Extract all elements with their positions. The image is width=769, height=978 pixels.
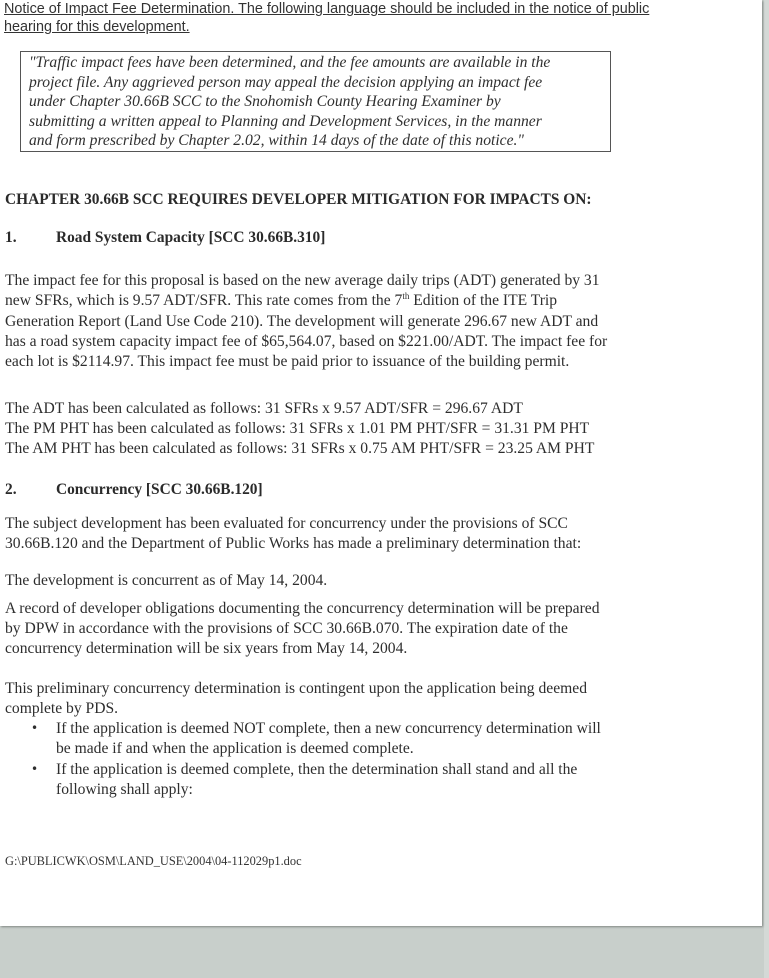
bullet-line: be made if and when the application is d… xyxy=(56,740,414,758)
adt-calculation: The ADT has been calculated as follows: … xyxy=(5,400,523,418)
paragraph-line: complete by PDS. xyxy=(5,700,118,718)
section-number: 1. xyxy=(5,229,17,247)
paragraph-line: The impact fee for this proposal is base… xyxy=(5,272,600,290)
quote-line: "Traffic impact fees have been determine… xyxy=(29,54,550,72)
scan-edge-strip xyxy=(764,0,769,978)
paragraph-line: concurrency determination will be six ye… xyxy=(5,640,407,658)
section-number: 2. xyxy=(5,481,17,499)
quote-line: submitting a written appeal to Planning … xyxy=(29,113,542,131)
notice-instruction: Notice of Impact Fee Determination. The … xyxy=(4,0,664,36)
am-pht-calculation: The AM PHT has been calculated as follow… xyxy=(5,440,594,458)
paragraph-line: has a road system capacity impact fee of… xyxy=(5,333,607,351)
chapter-heading: CHAPTER 30.66B SCC REQUIRES DEVELOPER MI… xyxy=(5,191,591,209)
section-title: Road System Capacity [SCC 30.66B.310] xyxy=(56,229,325,247)
section-title: Concurrency [SCC 30.66B.120] xyxy=(56,481,263,499)
paragraph-line: by DPW in accordance with the provisions… xyxy=(5,620,568,638)
paragraph-line: 30.66B.120 and the Department of Public … xyxy=(5,535,581,553)
section-2-heading: 2. Concurrency [SCC 30.66B.120] xyxy=(0,481,600,501)
section-1-heading: 1. Road System Capacity [SCC 30.66B.310] xyxy=(0,229,600,249)
paragraph-line: The subject development has been evaluat… xyxy=(5,515,568,533)
bullet-line: If the application is deemed NOT complet… xyxy=(56,720,601,738)
text-fragment: Edition of the ITE Trip xyxy=(409,292,557,309)
quote-line: project file. Any aggrieved person may a… xyxy=(29,74,542,92)
notice-quote-box: "Traffic impact fees have been determine… xyxy=(20,51,611,152)
bullet-icon: • xyxy=(31,762,38,776)
footer-file-path: G:\PUBLICWK\OSM\LAND_USE\2004\04-112029p… xyxy=(5,854,302,869)
paragraph-line: This preliminary concurrency determinati… xyxy=(5,680,587,698)
paragraph-line: A record of developer obligations docume… xyxy=(5,600,600,618)
paragraph-line: each lot is $2114.97. This impact fee mu… xyxy=(5,353,569,371)
bullet-line: following shall apply: xyxy=(56,781,193,799)
concurrency-statement: The development is concurrent as of May … xyxy=(5,572,327,590)
quote-line: and form prescribed by Chapter 2.02, wit… xyxy=(29,132,524,150)
bullet-icon: • xyxy=(31,721,38,735)
quote-line: under Chapter 30.66B SCC to the Snohomis… xyxy=(29,93,501,111)
paragraph-line: Generation Report (Land Use Code 210). T… xyxy=(5,313,598,331)
bullet-item: • If the application is deemed complete,… xyxy=(0,761,700,803)
paragraph-line-with-superscript: new SFRs, which is 9.57 ADT/SFR. This ra… xyxy=(5,292,557,310)
pm-pht-calculation: The PM PHT has been calculated as follow… xyxy=(5,420,589,438)
bullet-item: • If the application is deemed NOT compl… xyxy=(0,720,700,762)
document-page: Notice of Impact Fee Determination. The … xyxy=(0,0,762,926)
text-fragment: new SFRs, which is 9.57 ADT/SFR. This ra… xyxy=(5,292,402,309)
bullet-line: If the application is deemed complete, t… xyxy=(56,761,577,779)
